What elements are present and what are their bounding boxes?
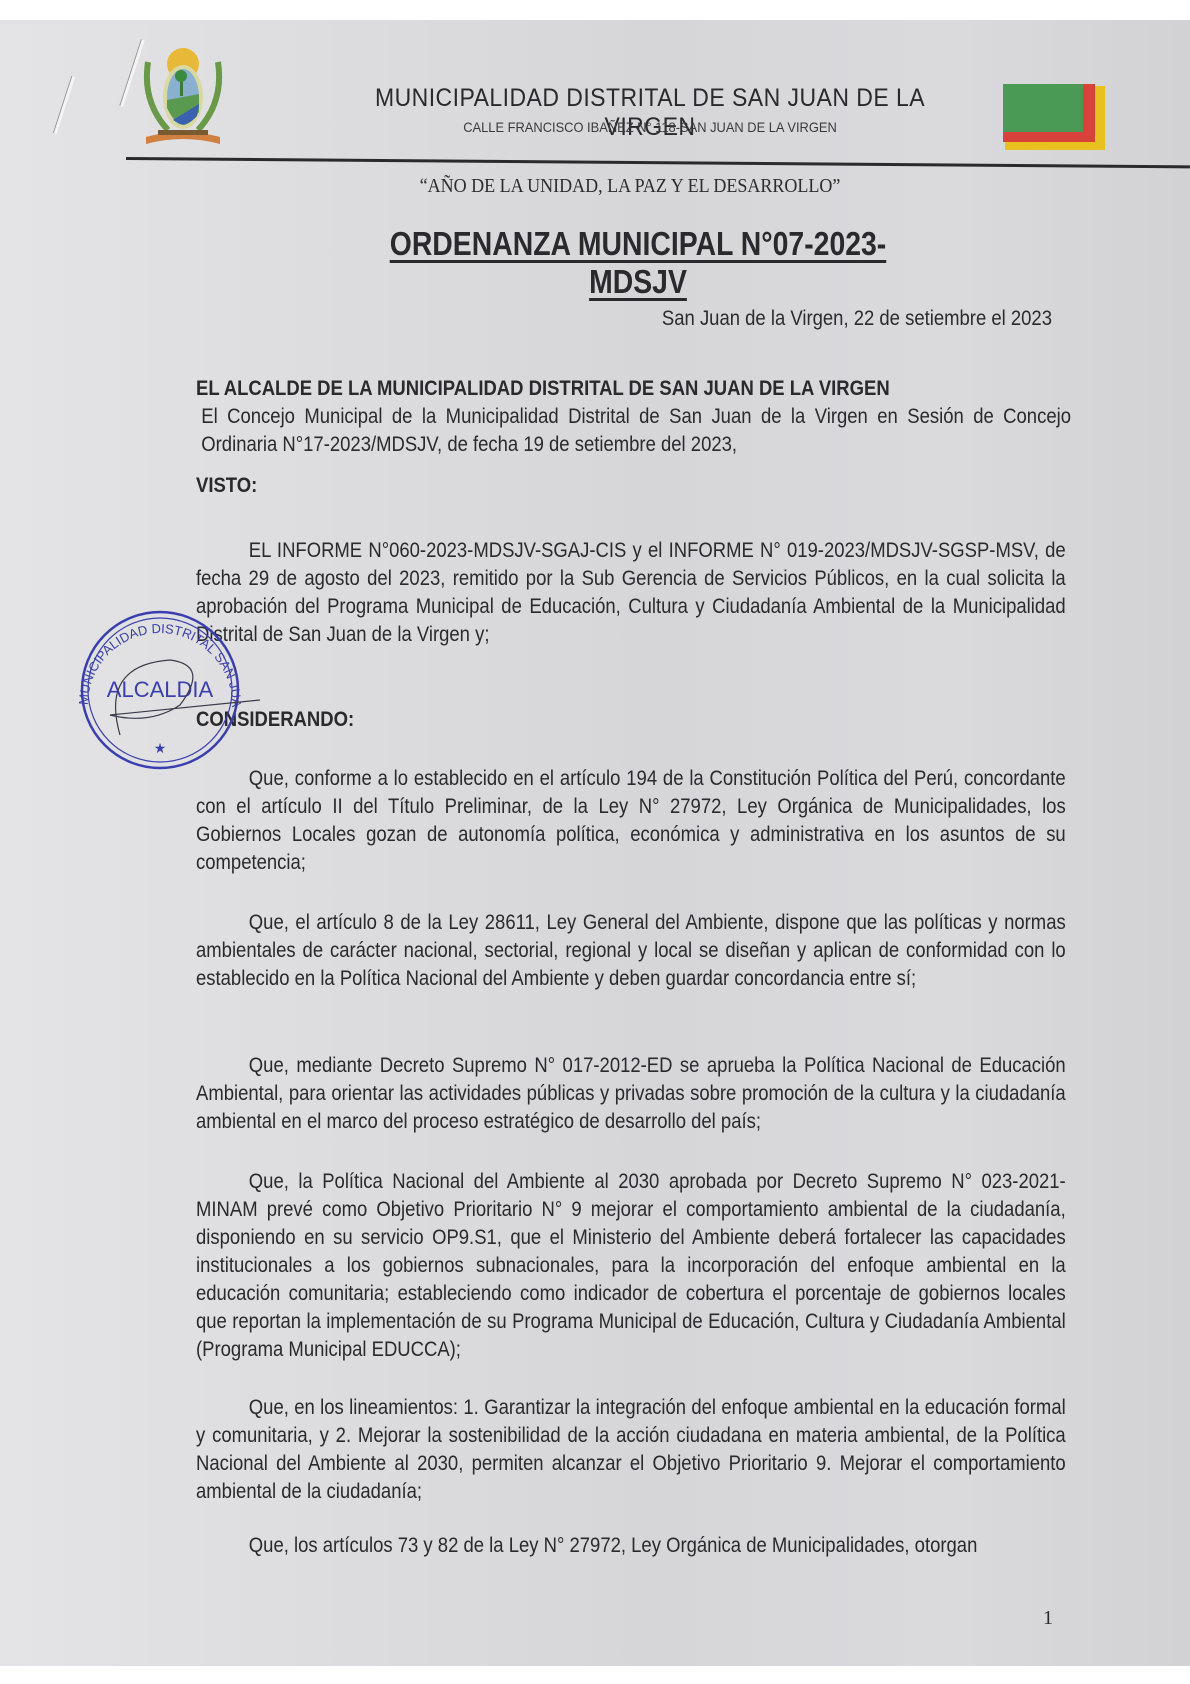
considerando-item: Que, conforme a lo establecido en el art… bbox=[196, 765, 1066, 877]
considerando-item: Que, los artículos 73 y 82 de la Ley N° … bbox=[196, 1532, 1066, 1560]
institution-address: CALLE FRANCISCO IBAÑEZ N° 118-SAN JUAN D… bbox=[346, 119, 953, 135]
considerando-text: Que, conforme a lo establecido en el art… bbox=[196, 765, 1066, 877]
considerando-text: Que, la Política Nacional del Ambiente a… bbox=[196, 1168, 1066, 1364]
considerando-text: Que, en los lineamientos: 1. Garantizar … bbox=[196, 1394, 1066, 1506]
staple-mark bbox=[53, 76, 75, 134]
visto-body: EL INFORME N°060-2023-MDSJV-SGAJ-CIS y e… bbox=[196, 537, 1066, 649]
considerando-text: Que, mediante Decreto Supremo N° 017-201… bbox=[196, 1052, 1066, 1136]
page-number: 1 bbox=[1043, 1607, 1053, 1630]
visto-section: VISTO: bbox=[196, 472, 1066, 500]
considerando-text: Que, los artículos 73 y 82 de la Ley N° … bbox=[196, 1532, 1066, 1560]
considerando-heading: CONSIDERANDO: bbox=[196, 706, 1066, 734]
preamble: El Concejo Municipal de la Municipalidad… bbox=[196, 403, 1071, 459]
considerando-section: CONSIDERANDO: bbox=[196, 706, 1066, 734]
authority-heading: EL ALCALDE DE LA MUNICIPALIDAD DISTRITAL… bbox=[196, 375, 1066, 403]
considerando-item: Que, la Política Nacional del Ambiente a… bbox=[196, 1168, 1066, 1364]
alcaldia-seal-icon: MUNICIPALIDAD DISTRITAL SAN JUAN DE LA V… bbox=[60, 605, 260, 775]
considerando-item: Que, el artículo 8 de la Ley 28611, Ley … bbox=[196, 909, 1066, 993]
district-flag-icon bbox=[1003, 84, 1107, 152]
document-page: MUNICIPALIDAD DISTRITAL DE SAN JUAN DE L… bbox=[0, 20, 1190, 1666]
visto-heading: VISTO: bbox=[196, 472, 1066, 500]
header-divider bbox=[126, 157, 1190, 168]
svg-text:★: ★ bbox=[154, 740, 167, 756]
date-line: San Juan de la Virgen, 22 de setiembre e… bbox=[654, 307, 1052, 331]
considerando-item: Que, en los lineamientos: 1. Garantizar … bbox=[196, 1394, 1066, 1506]
document-title: ORDENANZA MUNICIPAL N°07-2023-MDSJV bbox=[363, 225, 913, 301]
visto-text: EL INFORME N°060-2023-MDSJV-SGAJ-CIS y e… bbox=[196, 537, 1066, 649]
authority-section: EL ALCALDE DE LA MUNICIPALIDAD DISTRITAL… bbox=[196, 375, 1066, 459]
coat-of-arms-icon bbox=[128, 42, 238, 152]
considerando-item: Que, mediante Decreto Supremo N° 017-201… bbox=[196, 1052, 1066, 1136]
considerando-text: Que, el artículo 8 de la Ley 28611, Ley … bbox=[196, 909, 1066, 993]
year-motto: “AÑO DE LA UNIDAD, LA PAZ Y EL DESARROLL… bbox=[333, 175, 927, 198]
